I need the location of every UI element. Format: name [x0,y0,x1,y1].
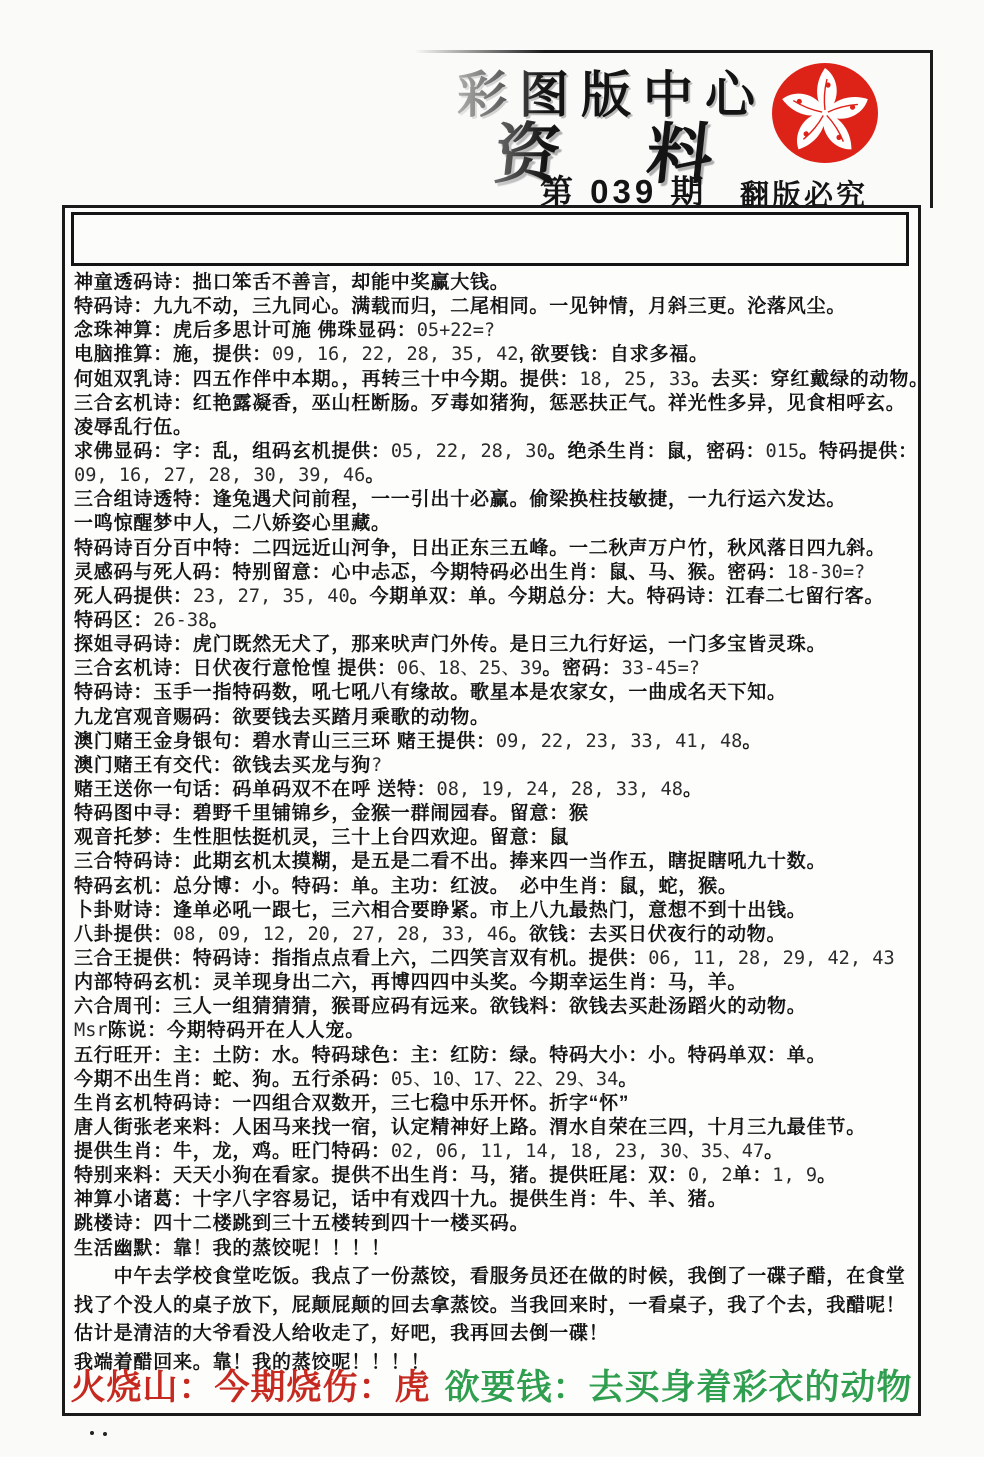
story-line: 中午去学校食堂吃饭。我点了一份蒸饺，看服务员还在做的时候，我倒了一碟子醋，在食堂 [74,1263,916,1292]
tip-line: 赌王送你一句话：码单码双不在呼 送特：08, 19, 24, 28, 33, 4… [74,778,916,802]
tip-line: 观音托梦：生性胆怯挺机灵，三十上台四欢迎。留意：鼠 [74,826,916,850]
tip-line: 八卦提供：08, 09, 12, 20, 27, 28, 33, 46。欲钱：去… [74,923,916,947]
tip-line: 提供生肖：牛，龙，鸡。旺门特码：02, 06, 11, 14, 18, 23, … [74,1140,916,1164]
tip-line: 死人码提供：23, 27, 35, 40。今期单双：单。今期总分：大。特码诗：江… [74,585,916,609]
tip-line: 特码区：26-38。 [74,609,916,633]
tip-line: 今期不出生肖：蛇、狗。五行杀码：05、10、17、22、29、34。 [74,1068,916,1092]
tip-line: 九龙宫观音赐码：欲要钱去买踏月乘歌的动物。 [74,706,916,730]
tip-line: 求佛显码：字：乱，组码玄机提供：05, 22, 28, 30。绝杀生肖：鼠，密码… [74,440,916,464]
tip-line: 念珠神算：虎后多思计可施 佛珠显码：05+22=? [74,319,916,343]
content-box: 神童透码诗：拙口笨舌不善言，却能中奖赢大钱。特码诗：九九不动，三九同心。满载而归… [62,205,921,1416]
tip-line: 神童透码诗：拙口笨舌不善言，却能中奖赢大钱。 [74,271,916,295]
tip-line: 三合玄机诗：红艳露凝香，巫山枉断肠。歹毒如猪狗，惩恶扶正气。祥光性多异，见食相呼… [74,392,916,416]
tip-line: 电脑推算：施，提供：09, 16, 22, 28, 35, 42, 欲要钱：自求… [74,343,916,367]
banner-red-text: 火烧山：今期烧伤：虎 [70,1368,430,1407]
tip-line: 探姐寻码诗：虎门既然无犬了，那来吠声门外传。是日三九行好运，一门多宝皆灵珠。 [74,633,916,657]
tip-lines: 神童透码诗：拙口笨舌不善言，却能中奖赢大钱。特码诗：九九不动，三九同心。满载而归… [74,271,916,1261]
tip-line: 何姐双乳诗：四五作伴中本期。，再转三十中今期。提供：18, 25, 33。去买：… [74,368,916,392]
tip-line: 六合周刊：三人一组猜猜猜，猴哥应码有远来。欲钱料：欲钱去买赴汤蹈火的动物。 [74,995,916,1019]
tip-line: 一鸣惊醒梦中人，二八娇姿心里藏。 [74,512,916,536]
tip-line: 三合组诗透特：逢兔遇犬问前程，一一引出十必赢。偷梁换柱技敏捷，一九行运六发达。 [74,488,916,512]
story-line: 估计是清洁的大爷看没人给收走了，好吧，我再回去倒一碟！ [74,1320,916,1349]
story-line: 找了个没人的桌子放下，屁颠屁颠的回去拿蒸饺。当我回来时，一看桌子，我了个去，我醋… [74,1292,916,1321]
tip-line: 特别来料：天天小狗在看家。提供不出生肖：马，猪。提供旺尾：双：0, 2单：1, … [74,1164,916,1188]
bottom-banner: 火烧山：今期烧伤：虎欲要钱：去买身着彩衣的动物 [65,1360,918,1410]
tip-line: Msr陈说：今期特码开在人人宠。 [74,1019,916,1043]
artifact-dot [90,1431,94,1435]
bauhinia-flower-icon [770,61,880,165]
tip-line: 09, 16, 27, 28, 30, 39, 46。 [74,464,916,488]
tip-line: 凌辱乱行伍。 [74,416,916,440]
tip-line: 跳楼诗：四十二楼跳到三十五楼转到四十一楼买码。 [74,1212,916,1236]
tip-line: 神算小诸葛：十字八字容易记，话中有戏四十九。提供生肖：牛、羊、猪。 [74,1188,916,1212]
tip-line: 唐人街张老来料：人困马来找一宿，认定精神好上路。渭水自荣在三四，十月三九最佳节。 [74,1116,916,1140]
artifact-dot [103,1432,107,1436]
blank-header-box [71,212,909,266]
tip-line: 灵感码与死人码：特别留意：心中忐忑，今期特码必出生肖：鼠、马、猴。密码：18-3… [74,561,916,585]
tip-line: 生肖玄机特码诗：一四组合双数开，三七稳中乐开怀。折字“怀” [74,1092,916,1116]
tip-line: 卜卦财诗：逢单必吼一跟七，三六相合要睁紧。市上八九最热门，意想不到十出钱。 [74,899,916,923]
banner-green-text: 欲要钱：去买身着彩衣的动物 [445,1368,913,1407]
tip-line: 三合玄机诗：日伏夜行意怆惶 提供：06、18、25、39。密码：33-45=? [74,657,916,681]
tip-line: 澳门赌王金身银句：碧水青山三三环 赌王提供：09, 22, 23, 33, 41… [74,730,916,754]
header-box: 彩图版中心 资 料 第 039 期 翻版必究 [57,50,933,208]
tip-line: 特码图中寻：碧野千里铺锦乡，金猴一群闹园春。留意：猴 [74,802,916,826]
tip-line: 特码诗百分百中特：二四远近山河争，日出正东三五峰。一二秋声万户竹，秋风落日四九斜… [74,537,916,561]
page: 彩图版中心 资 料 第 039 期 翻版必究 [0,0,984,1457]
tip-line: 内部特码玄机：灵羊现身出二六，再博四四中头奖。今期幸运生肖：马，羊。 [74,971,916,995]
tip-line: 特码诗：玉手一指特码数，吼七吼八有缘故。歌星本是农家女，一曲成名天下知。 [74,681,916,705]
tip-line: 生活幽默：靠！我的蒸饺呢！！！！ [74,1237,916,1261]
tip-line: 五行旺开：主：土防：水。特码球色：主：红防：绿。特码大小：小。特码单双：单。 [74,1044,916,1068]
tip-line: 特码诗：九九不动，三九同心。满载而归，二尾相同。一见钟情，月斜三更。沦落风尘。 [74,295,916,319]
tip-line: 三合王提供：特码诗：指指点点看上六，二四笑言双有机。提供：06, 11, 28,… [74,947,916,971]
tip-line: 特码玄机：总分博：小。特码：单。主功：红波。 必中生肖：鼠，蛇，猴。 [74,875,916,899]
tip-line: 澳门赌王有交代：欲钱去买龙与狗? [74,754,916,778]
tip-line: 三合特码诗：此期玄机太摸糊，是五是二看不出。捧来四一当作五，瞎捉瞎吼九十数。 [74,850,916,874]
